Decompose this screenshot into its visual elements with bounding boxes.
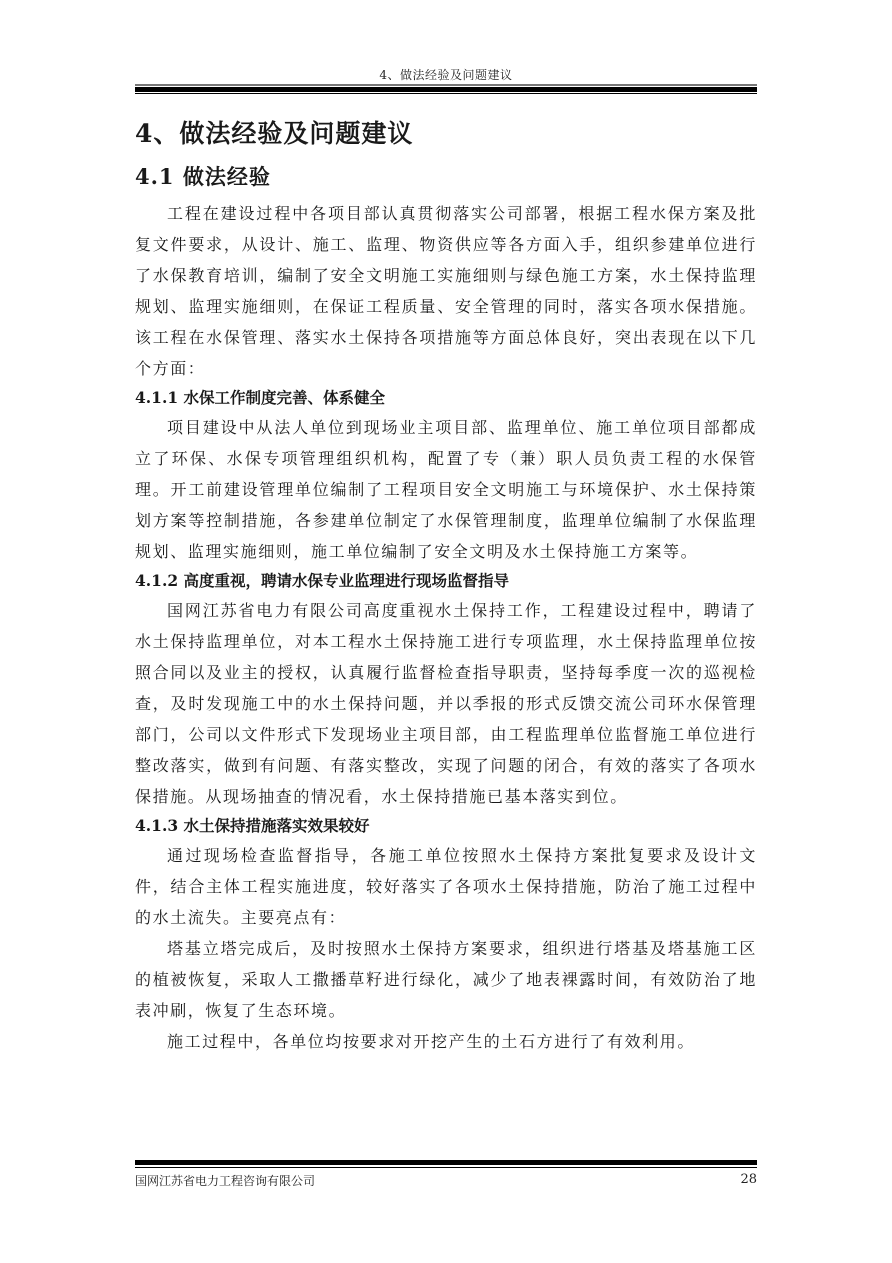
paragraph: 施工过程中，各单位均按要求对开挖产生的土石方进行了有效利用。 [135,1026,757,1057]
subsection-title-4-1-2: 4.1.2 高度重视，聘请水保专业监理进行现场监督指导 [135,567,757,595]
running-header: 4、做法经验及问题建议 [135,66,757,83]
footer-rule [135,1160,757,1168]
subsection-title-4-1-3: 4.1.3 水土保持措施落实效果较好 [135,812,757,840]
footer-organization: 国网江苏省电力工程咨询有限公司 [135,1172,315,1189]
document-page: 4、做法经验及问题建议 4、做法经验及问题建议 4.1 做法经验 工程在建设过程… [0,0,892,1263]
footer-rule-thick [135,1160,757,1165]
paragraph: 项目建设中从法人单位到现场业主项目部、监理单位、施工单位项目部都成立了环保、水保… [135,412,757,567]
header-rule-thin-top [135,84,757,86]
subsection-title-4-1-1: 4.1.1 水保工作制度完善、体系健全 [135,384,757,412]
page-content: 4、做法经验及问题建议 4.1 做法经验 工程在建设过程中各项目部认真贯彻落实公… [135,114,757,1057]
header-rule-thin-bottom [135,93,757,94]
section-intro-paragraph: 工程在建设过程中各项目部认真贯彻落实公司部署，根据工程水保方案及批复文件要求，从… [135,198,757,384]
page-number: 28 [740,1172,757,1187]
section-title: 4.1 做法经验 [135,160,757,194]
header-rule-thick [135,87,757,92]
chapter-title: 4、做法经验及问题建议 [135,114,757,154]
paragraph: 通过现场检查监督指导，各施工单位按照水土保持方案批复要求及设计文件，结合主体工程… [135,840,757,933]
header-rule [135,84,757,94]
footer-rule-thin [135,1167,757,1168]
paragraph: 国网江苏省电力有限公司高度重视水土保持工作，工程建设过程中，聘请了水土保持监理单… [135,595,757,812]
paragraph: 塔基立塔完成后，及时按照水土保持方案要求，组织进行塔基及塔基施工区的植被恢复，采… [135,933,757,1026]
